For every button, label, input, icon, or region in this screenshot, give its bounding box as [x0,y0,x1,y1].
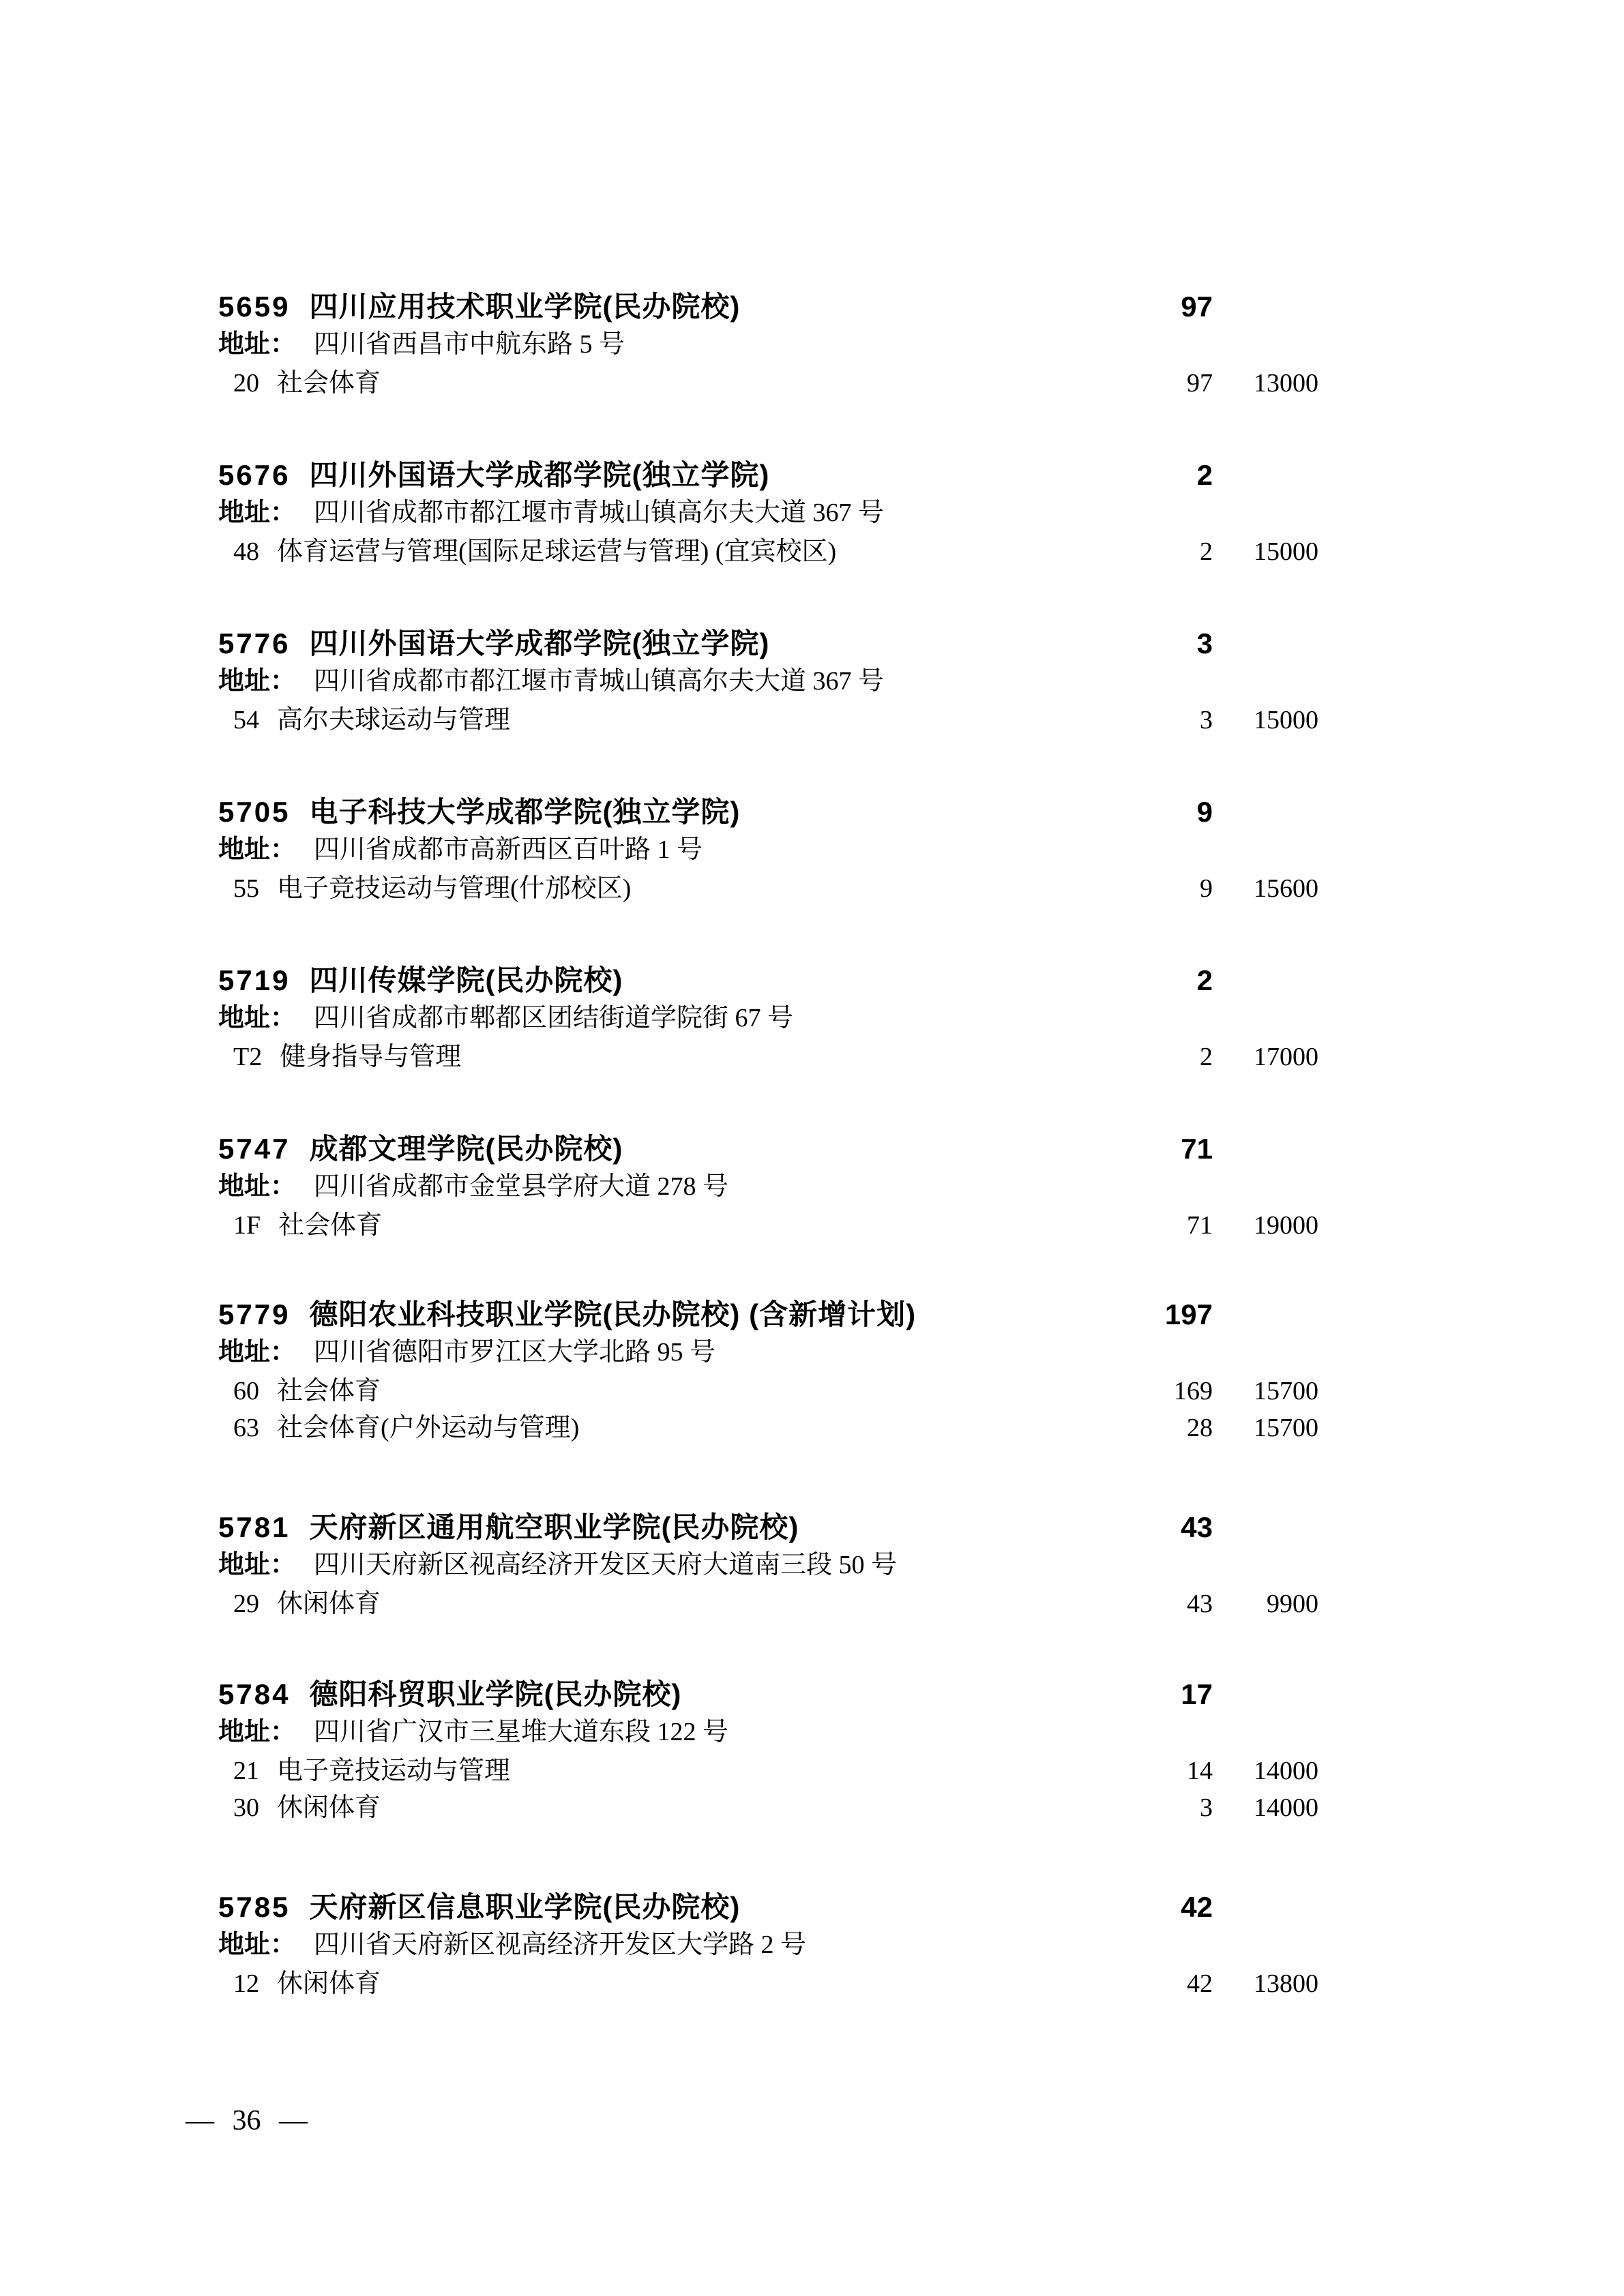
major-count: 14 [1110,1757,1213,1787]
address-value: 四川省广汉市三星堆大道东段 122 号 [314,1718,728,1748]
major-name: 社会体育 [277,369,1110,399]
address-row: 地址： 四川天府新区视高经济开发区天府大道南三段 50 号 [218,1551,1318,1590]
major-count: 43 [1110,1590,1213,1620]
major-count: 2 [1110,537,1213,567]
major-fee: 19000 [1213,1211,1318,1241]
institution-code: 5747 [218,1133,290,1165]
institution-total: 97 [1110,291,1213,323]
institution-name: 电子科技大学成都学院(独立学院) [309,796,1110,828]
major-code: 12 [233,1969,259,1999]
institution-name: 四川外国语大学成都学院(独立学院) [309,628,1110,659]
institution-header: 5659 四川应用技术职业学院(民办院校) 97 [218,291,1318,330]
institution-header: 5784 德阳科贸职业学院(民办院校) 17 [218,1679,1318,1718]
major-count: 71 [1110,1211,1213,1241]
address-value: 四川省成都市郫都区团结街道学院街 67 号 [314,1004,793,1034]
address-label: 地址： [218,1172,296,1202]
institution-block: 5781 天府新区通用航空职业学院(民办院校) 43 地址： 四川天府新区视高经… [218,1512,1318,1626]
address-label: 地址： [218,1718,296,1748]
address-value: 四川天府新区视高经济开发区天府大道南三段 50 号 [314,1551,897,1581]
address-row: 地址： 四川省天府新区视高经济开发区大学路 2 号 [218,1930,1318,1969]
major-fee: 14000 [1213,1757,1318,1787]
major-fee: 14000 [1213,1793,1318,1823]
major-name: 电子竞技运动与管理(什邡校区) [277,874,1110,904]
institution-block: 5676 四川外国语大学成都学院(独立学院) 2 地址： 四川省成都市都江堰市青… [218,460,1318,574]
institution-code: 5705 [218,796,290,828]
major-code: 54 [233,706,259,736]
institution-code: 5779 [218,1299,290,1330]
institution-total: 2 [1110,460,1213,491]
major-code: T2 [233,1043,262,1073]
institution-block: 5705 电子科技大学成都学院(独立学院) 9 地址： 四川省成都市高新西区百叶… [218,796,1318,911]
institution-header: 5747 成都文理学院(民办院校) 71 [218,1133,1318,1172]
major-fee: 17000 [1213,1043,1318,1073]
address-row: 地址： 四川省成都市金堂县学府大道 278 号 [218,1172,1318,1211]
address-label: 地址： [218,1338,296,1368]
institution-block: 5779 德阳农业科技职业学院(民办院校) (含新增计划) 197 地址： 四川… [218,1299,1318,1450]
institution-code: 5719 [218,965,290,996]
institution-total: 3 [1110,628,1213,659]
institution-name: 天府新区信息职业学院(民办院校) [309,1892,1110,1923]
page-number: — 36 — [186,2105,308,2136]
institution-code: 5785 [218,1892,290,1923]
address-value: 四川省成都市都江堰市青城山镇高尔夫大道 367 号 [314,667,884,697]
major-name: 社会体育 [278,1211,1110,1241]
major-fee: 15700 [1213,1414,1318,1444]
major-count: 28 [1110,1414,1213,1444]
institution-name: 德阳科贸职业学院(民办院校) [309,1679,1110,1710]
institution-block: 5784 德阳科贸职业学院(民办院校) 17 地址： 四川省广汉市三星堆大道东段… [218,1679,1318,1830]
major-code: 63 [233,1414,259,1444]
major-code: 55 [233,874,259,904]
institution-name: 德阳农业科技职业学院(民办院校) (含新增计划) [309,1299,1110,1330]
major-fee: 15600 [1213,874,1318,904]
major-row: 12 休闲体育 42 13800 [218,1969,1318,2006]
institution-block: 5719 四川传媒学院(民办院校) 2 地址： 四川省成都市郫都区团结街道学院街… [218,965,1318,1079]
institution-code: 5659 [218,291,290,323]
institution-block: 5785 天府新区信息职业学院(民办院校) 42 地址： 四川省天府新区视高经济… [218,1892,1318,2006]
address-row: 地址： 四川省成都市都江堰市青城山镇高尔夫大道 367 号 [218,498,1318,537]
major-count: 42 [1110,1969,1213,1999]
institution-header: 5776 四川外国语大学成都学院(独立学院) 3 [218,628,1318,667]
address-value: 四川省西昌市中航东路 5 号 [314,330,625,360]
major-row: 55 电子竞技运动与管理(什邡校区) 9 15600 [218,874,1318,911]
institution-total: 43 [1110,1512,1213,1543]
major-fee: 13800 [1213,1969,1318,1999]
major-row: T2 健身指导与管理 2 17000 [218,1043,1318,1079]
page-footer: — 36 — [186,2104,308,2137]
major-code: 21 [233,1757,259,1787]
address-row: 地址： 四川省德阳市罗江区大学北路 95 号 [218,1338,1318,1377]
institution-code: 5676 [218,460,290,491]
address-value: 四川省德阳市罗江区大学北路 95 号 [314,1338,715,1368]
address-label: 地址： [218,1551,296,1581]
major-code: 30 [233,1793,259,1823]
major-count: 97 [1110,369,1213,399]
address-value: 四川省天府新区视高经济开发区大学路 2 号 [314,1930,806,1960]
institution-name: 成都文理学院(民办院校) [309,1133,1110,1165]
address-value: 四川省成都市金堂县学府大道 278 号 [314,1172,728,1202]
major-row: 54 高尔夫球运动与管理 3 15000 [218,706,1318,743]
major-row: 48 体育运营与管理(国际足球运营与管理) (宜宾校区) 2 15000 [218,537,1318,574]
address-row: 地址： 四川省西昌市中航东路 5 号 [218,330,1318,369]
major-name: 休闲体育 [277,1793,1110,1823]
institution-code: 5781 [218,1512,290,1543]
institution-name: 四川外国语大学成都学院(独立学院) [309,460,1110,491]
institution-total: 71 [1110,1133,1213,1165]
major-name: 休闲体育 [277,1969,1110,1999]
major-count: 2 [1110,1043,1213,1073]
major-name: 高尔夫球运动与管理 [277,706,1110,736]
major-code: 20 [233,369,259,399]
major-name: 健身指导与管理 [280,1043,1110,1073]
institution-code: 5776 [218,628,290,659]
major-fee: 15000 [1213,537,1318,567]
institution-header: 5705 电子科技大学成都学院(独立学院) 9 [218,796,1318,835]
institution-total: 17 [1110,1679,1213,1710]
address-label: 地址： [218,330,296,360]
major-fee: 15700 [1213,1377,1318,1407]
major-row: 60 社会体育 169 15700 [218,1377,1318,1414]
document-page: 5659 四川应用技术职业学院(民办院校) 97 地址： 四川省西昌市中航东路 … [0,0,1624,2296]
institution-code: 5784 [218,1679,290,1710]
major-fee: 13000 [1213,369,1318,399]
major-name: 社会体育(户外运动与管理) [277,1414,1110,1444]
address-label: 地址： [218,1004,296,1034]
major-row: 29 休闲体育 43 9900 [218,1590,1318,1626]
institution-header: 5781 天府新区通用航空职业学院(民办院校) 43 [218,1512,1318,1551]
major-row: 1F 社会体育 71 19000 [218,1211,1318,1248]
address-label: 地址： [218,498,296,528]
major-fee: 9900 [1213,1590,1318,1620]
major-count: 9 [1110,874,1213,904]
institution-total: 2 [1110,965,1213,996]
institution-block: 5776 四川外国语大学成都学院(独立学院) 3 地址： 四川省成都市都江堰市青… [218,628,1318,743]
address-label: 地址： [218,1930,296,1960]
address-value: 四川省成都市都江堰市青城山镇高尔夫大道 367 号 [314,498,884,528]
major-row: 63 社会体育(户外运动与管理) 28 15700 [218,1414,1318,1450]
institution-name: 天府新区通用航空职业学院(民办院校) [309,1512,1110,1543]
institution-name: 四川应用技术职业学院(民办院校) [309,291,1110,323]
institution-total: 42 [1110,1892,1213,1923]
institution-block: 5747 成都文理学院(民办院校) 71 地址： 四川省成都市金堂县学府大道 2… [218,1133,1318,1248]
institution-header: 5779 德阳农业科技职业学院(民办院校) (含新增计划) 197 [218,1299,1318,1338]
major-row: 30 休闲体育 3 14000 [218,1793,1318,1830]
major-count: 3 [1110,706,1213,736]
address-value: 四川省成都市高新西区百叶路 1 号 [314,835,703,865]
institution-header: 5676 四川外国语大学成都学院(独立学院) 2 [218,460,1318,498]
major-fee: 15000 [1213,706,1318,736]
institution-header: 5719 四川传媒学院(民办院校) 2 [218,965,1318,1004]
institution-total: 197 [1110,1299,1213,1330]
address-row: 地址： 四川省成都市高新西区百叶路 1 号 [218,835,1318,874]
address-row: 地址： 四川省成都市都江堰市青城山镇高尔夫大道 367 号 [218,667,1318,706]
address-row: 地址： 四川省广汉市三星堆大道东段 122 号 [218,1718,1318,1757]
major-count: 169 [1110,1377,1213,1407]
major-name: 休闲体育 [277,1590,1110,1620]
major-code: 48 [233,537,259,567]
address-row: 地址： 四川省成都市郫都区团结街道学院街 67 号 [218,1004,1318,1043]
major-name: 电子竞技运动与管理 [277,1757,1110,1787]
major-name: 体育运营与管理(国际足球运营与管理) (宜宾校区) [277,537,1110,567]
institution-header: 5785 天府新区信息职业学院(民办院校) 42 [218,1892,1318,1930]
major-row: 20 社会体育 97 13000 [218,369,1318,406]
major-count: 3 [1110,1793,1213,1823]
institution-block: 5659 四川应用技术职业学院(民办院校) 97 地址： 四川省西昌市中航东路 … [218,291,1318,406]
address-label: 地址： [218,835,296,865]
address-label: 地址： [218,667,296,697]
institution-name: 四川传媒学院(民办院校) [309,965,1110,996]
major-code: 29 [233,1590,259,1620]
major-code: 60 [233,1377,259,1407]
major-row: 21 电子竞技运动与管理 14 14000 [218,1757,1318,1793]
major-name: 社会体育 [277,1377,1110,1407]
major-code: 1F [233,1211,261,1241]
institution-total: 9 [1110,796,1213,828]
